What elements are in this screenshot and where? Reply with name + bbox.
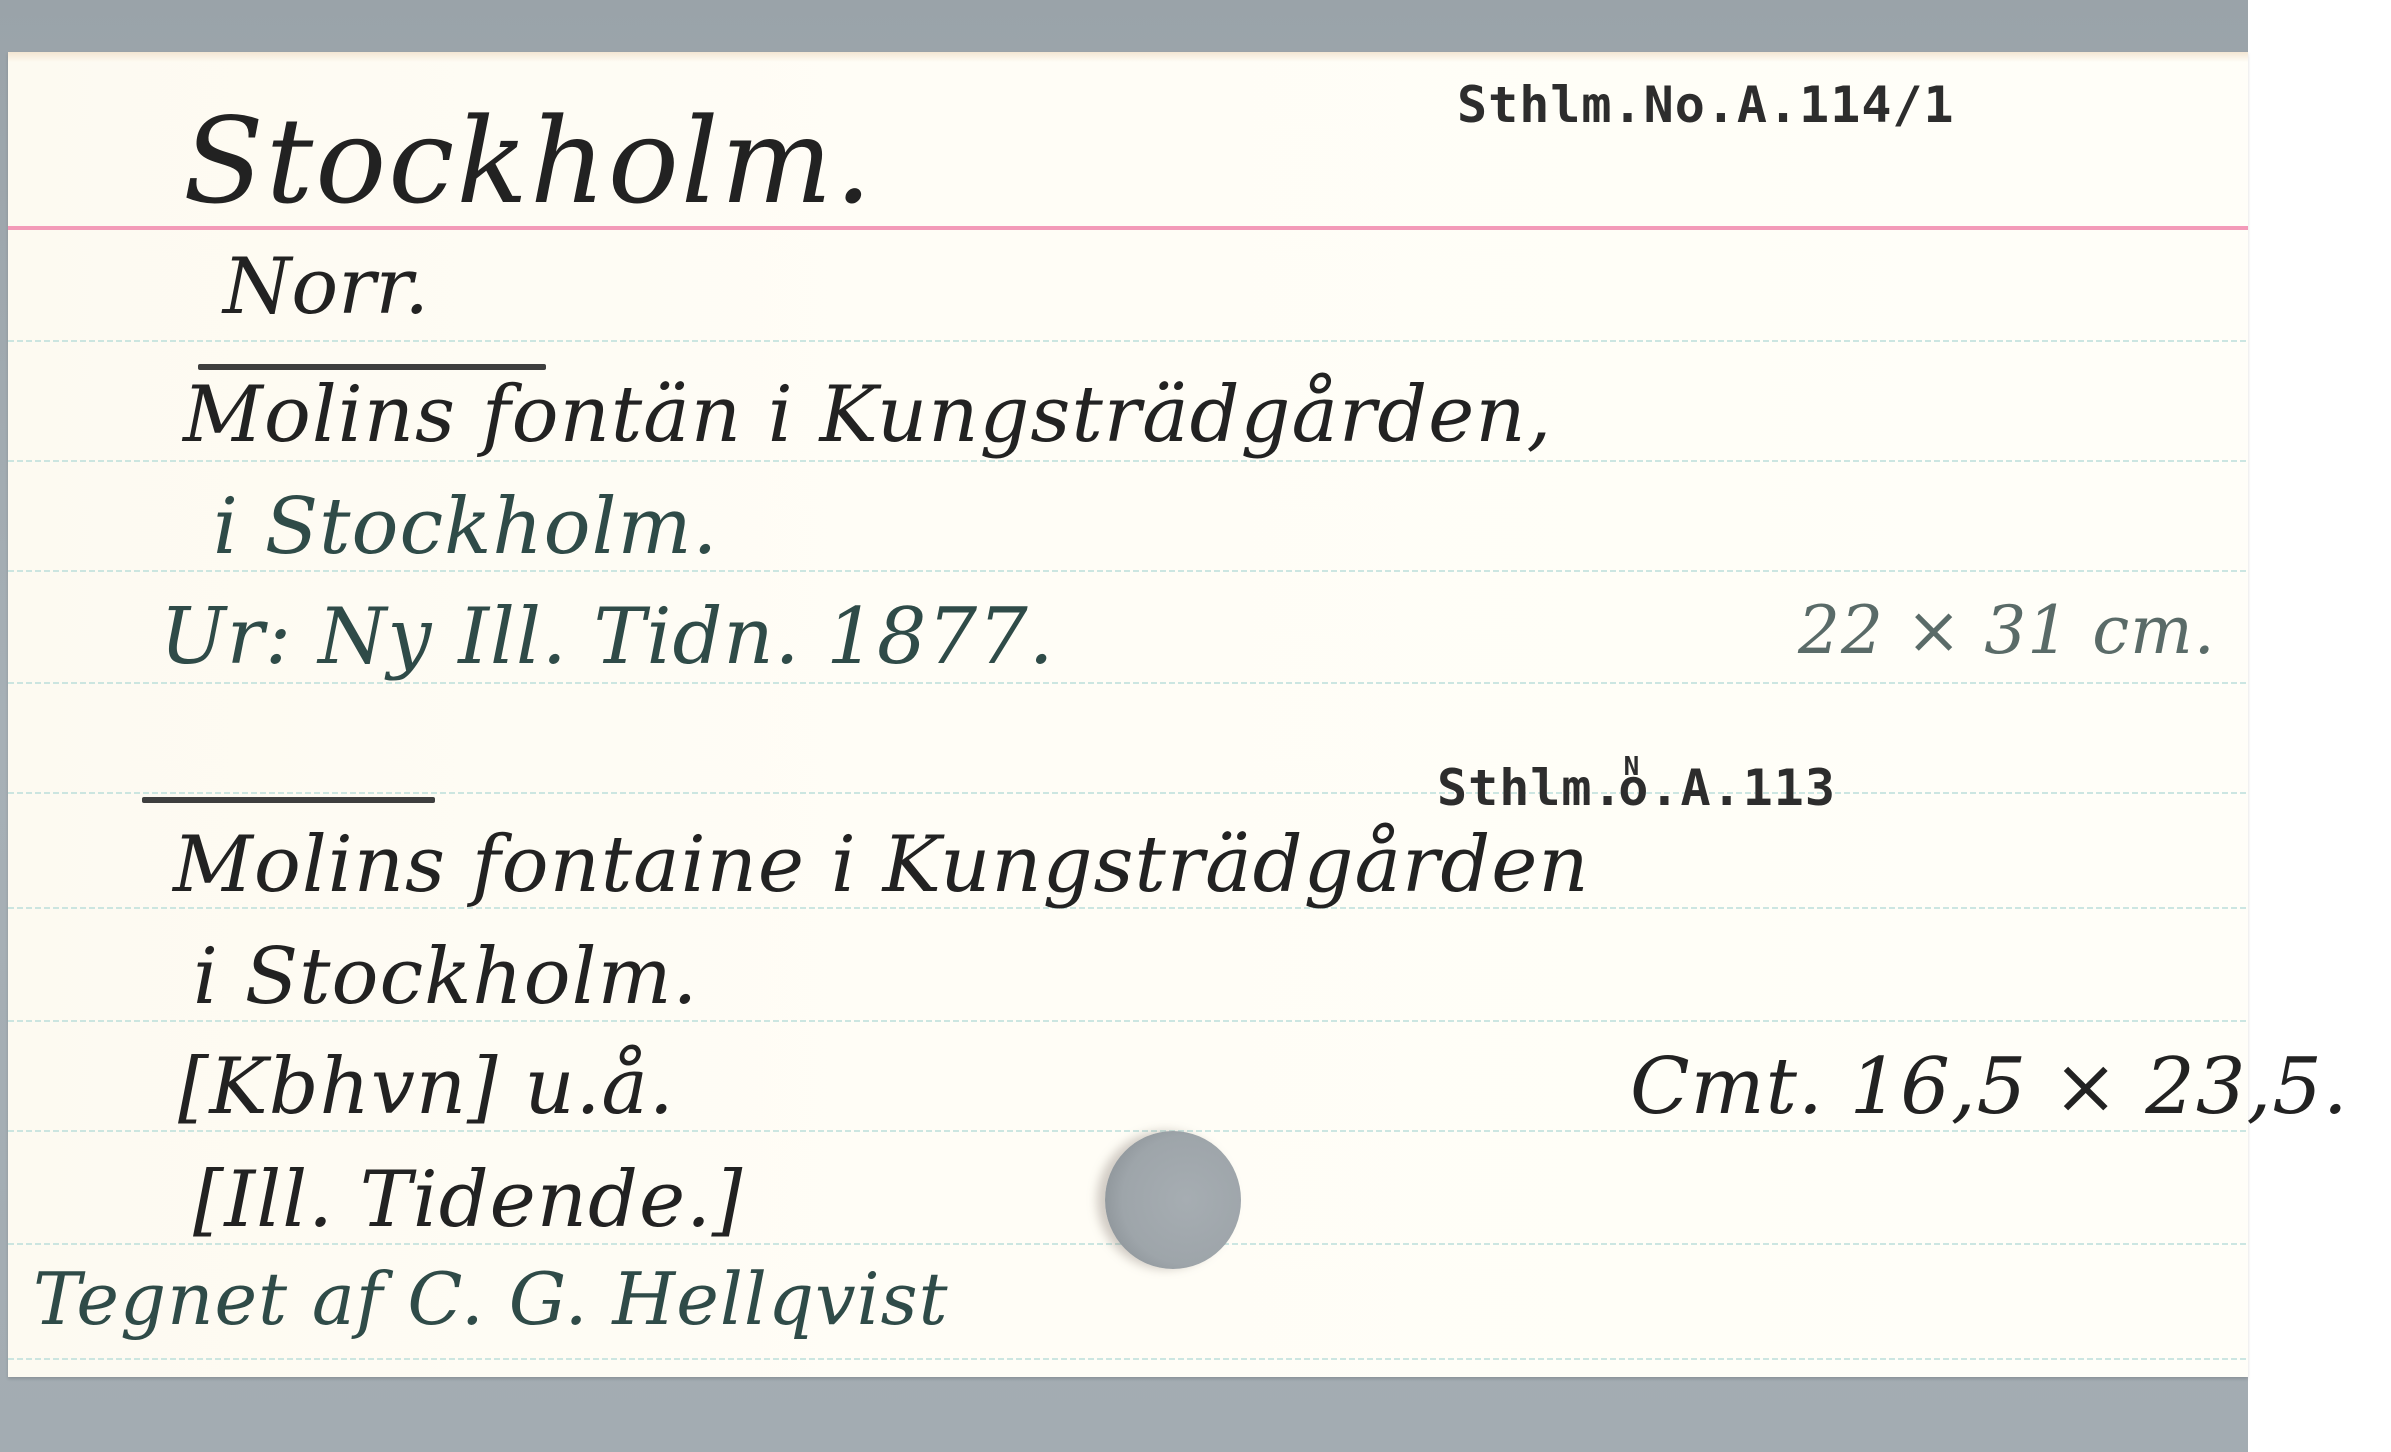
section-heading: Norr. bbox=[223, 242, 429, 332]
entry1-size: 22 × 31 cm. bbox=[1798, 592, 2216, 669]
entry2-title-line1: Molins fontaine i Kungsträdgården bbox=[173, 820, 1590, 910]
catalog-card: Stockholm. Sthlm.No.A.114/1 Norr. Molins… bbox=[8, 52, 2248, 1377]
card-edge-stain bbox=[8, 52, 2248, 62]
shelfmark-prefix: Sthlm. bbox=[1437, 759, 1624, 817]
shelfmark-second: Sthlm.No.A.113 bbox=[1437, 752, 1836, 817]
entry1-source: Ur: Ny Ill. Tidn. 1877. bbox=[160, 592, 1055, 682]
entry-divider bbox=[142, 797, 435, 803]
entry2-title-line2: i Stockholm. bbox=[193, 932, 698, 1022]
ruled-line bbox=[8, 340, 2248, 342]
ruled-line bbox=[8, 792, 2248, 794]
punch-hole bbox=[1105, 1131, 1241, 1269]
card-title: Stockholm. bbox=[183, 92, 874, 230]
entry2-publication: [Ill. Tidende.] bbox=[193, 1155, 743, 1245]
entry2-size: Cmt. 16,5 × 23,5. bbox=[1630, 1042, 2349, 1132]
ruled-line bbox=[8, 460, 2248, 462]
entry1-title-line2: i Stockholm. bbox=[213, 482, 718, 572]
entry2-place: [Kbhvn] u.å. bbox=[178, 1042, 675, 1132]
artist-credit: Tegnet af C. G. Hellqvist bbox=[33, 1257, 949, 1341]
shelfmark-top: Sthlm.No.A.114/1 bbox=[1457, 76, 1955, 134]
entry1-title-line1: Molins fontän i Kungsträdgården, bbox=[183, 370, 1552, 460]
ruled-line bbox=[8, 682, 2248, 684]
ruled-line bbox=[8, 1358, 2248, 1360]
shelfmark-number: o.A.113 bbox=[1618, 759, 1836, 817]
